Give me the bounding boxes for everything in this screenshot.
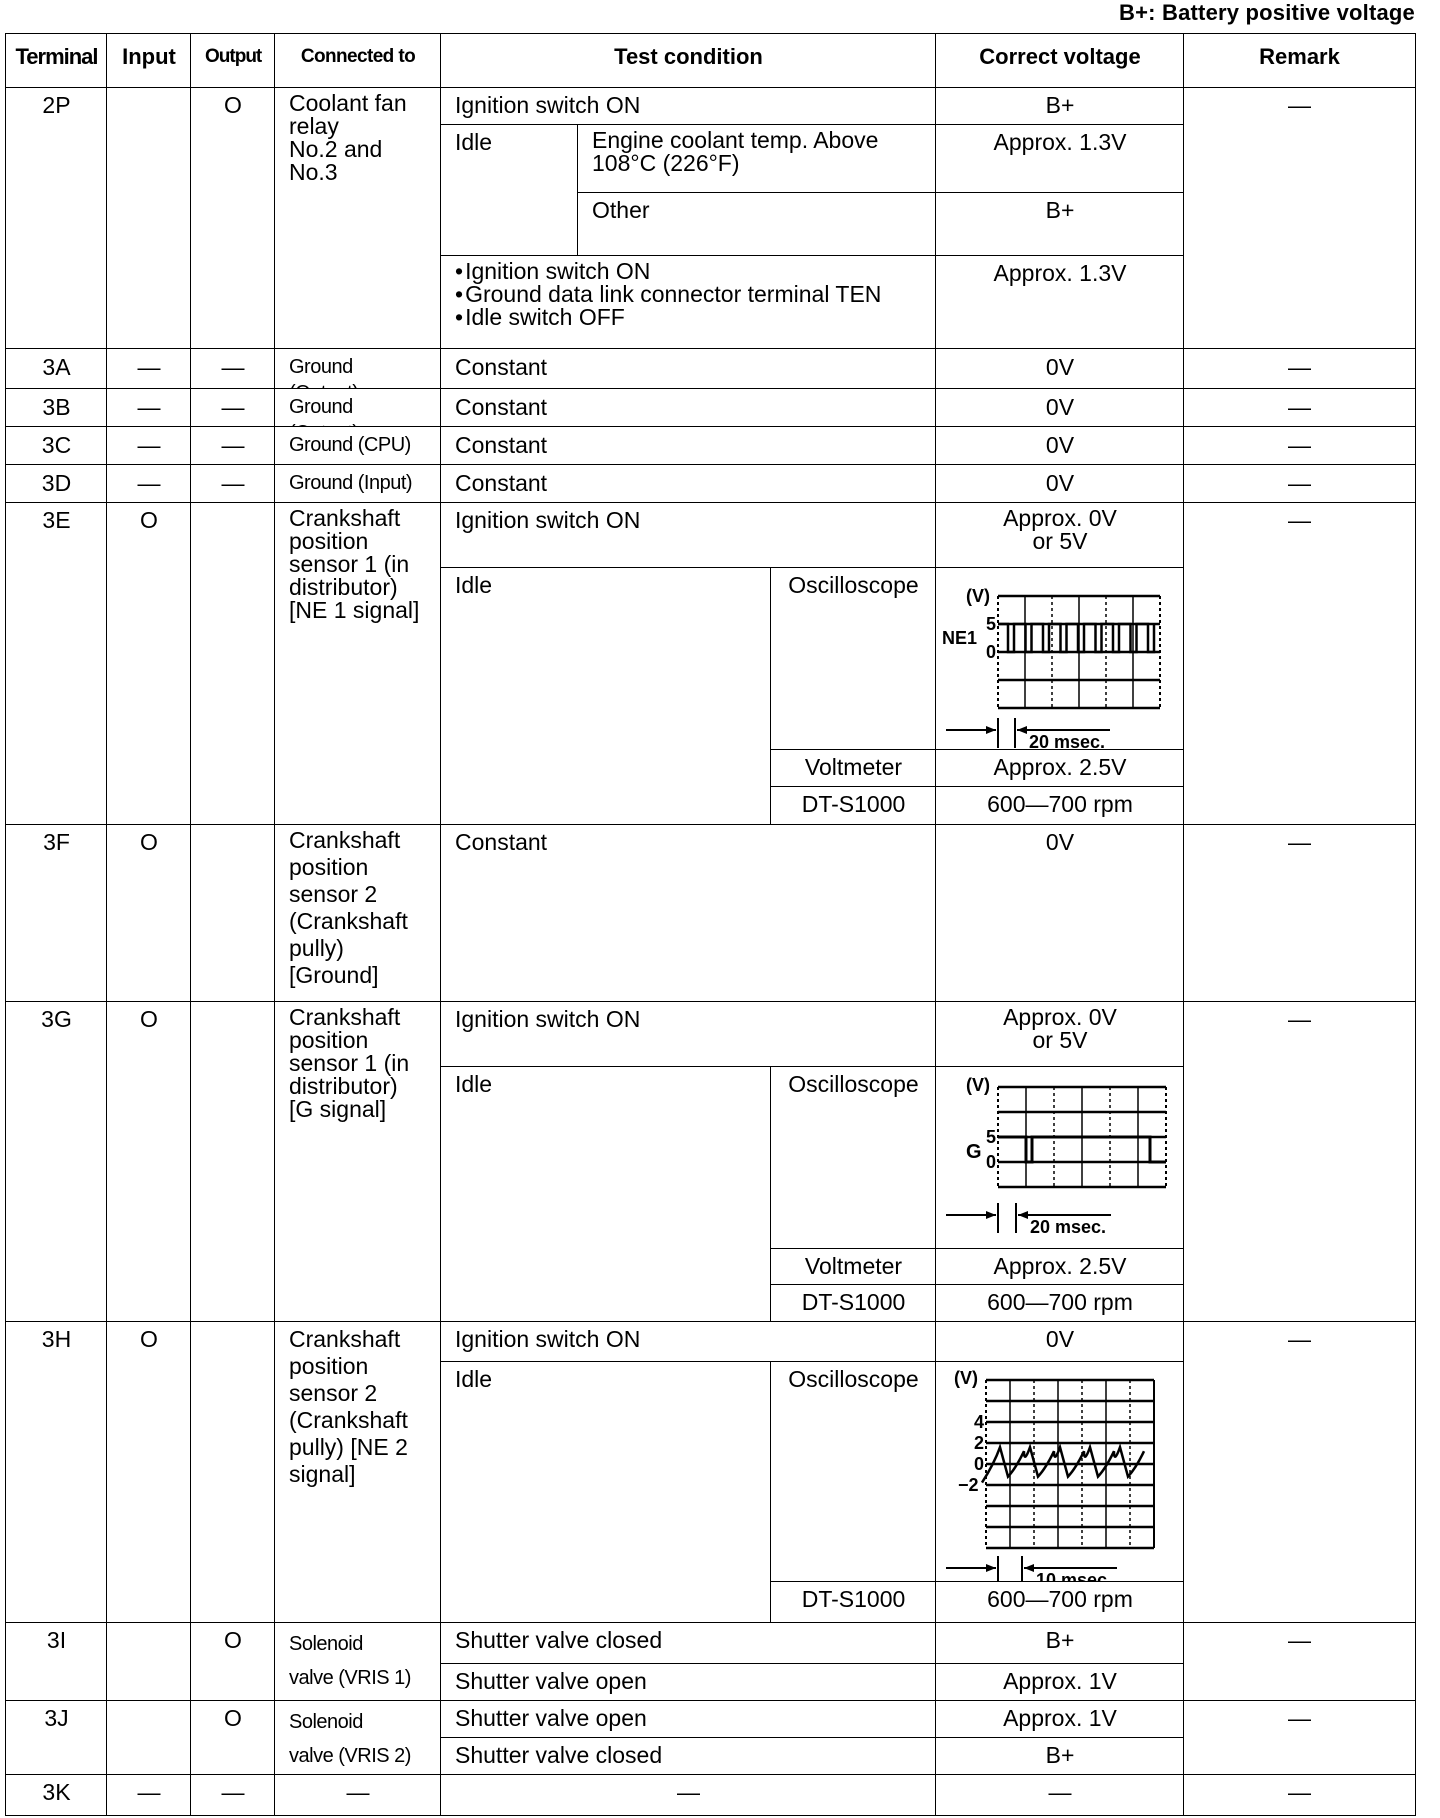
test-3D: Constant bbox=[440, 464, 937, 504]
svg-text:2: 2 bbox=[974, 1433, 984, 1453]
ne2-waveform-oscilloscope-trace: (V)420−210 msec. bbox=[936, 1362, 1183, 1581]
method-3E-oscilloscope: Oscilloscope bbox=[770, 567, 937, 751]
connected-to-3K: — bbox=[274, 1774, 442, 1816]
terminal-2P: 2P bbox=[5, 87, 108, 350]
method-3E-dts1000: DT-S1000 bbox=[770, 786, 937, 826]
voltage-3E-scope-cell: (V)50NE120 msec. bbox=[935, 567, 1185, 751]
connected-to-3J: Solenoid valve (VRIS 2) bbox=[274, 1700, 442, 1776]
terminal-3E: 3E bbox=[5, 502, 108, 826]
connected-to-3H: Crankshaft position sensor 2 (Crankshaft… bbox=[274, 1321, 442, 1624]
voltage-3G-scope-cell: (V)50G20 msec. bbox=[935, 1066, 1185, 1250]
header-remark: Remark bbox=[1183, 33, 1416, 88]
remark-3H: — bbox=[1183, 1321, 1416, 1624]
svg-text:NE1: NE1 bbox=[942, 628, 977, 648]
header-connected-to: Connected to bbox=[274, 33, 442, 88]
terminal-3D: 3D bbox=[5, 464, 108, 504]
voltage-3C: 0V bbox=[935, 426, 1185, 466]
terminal-3F: 3F bbox=[5, 824, 108, 1003]
input-3J bbox=[106, 1700, 192, 1776]
remark-3F: — bbox=[1183, 824, 1416, 1003]
test-3J-open: Shutter valve open bbox=[440, 1700, 937, 1739]
remark-3C: — bbox=[1183, 426, 1416, 466]
svg-text:5: 5 bbox=[986, 1127, 996, 1147]
remark-3B: — bbox=[1183, 388, 1416, 428]
test-3G-ignition: Ignition switch ON bbox=[440, 1001, 937, 1068]
output-2P: O bbox=[190, 87, 276, 350]
connected-to-3E: Crankshaft position sensor 1 (in distrib… bbox=[274, 502, 442, 826]
voltage-3E-dts1000: 600—700 rpm bbox=[935, 786, 1185, 826]
voltage-3G-dts1000: 600—700 rpm bbox=[935, 1284, 1185, 1323]
svg-text:(V): (V) bbox=[966, 1075, 990, 1095]
method-3G-oscilloscope: Oscilloscope bbox=[770, 1066, 937, 1250]
svg-text:0: 0 bbox=[986, 642, 996, 662]
connected-to-3D: Ground (Input) bbox=[274, 464, 442, 504]
header-correct-voltage: Correct voltage bbox=[935, 33, 1185, 88]
remark-3K: — bbox=[1183, 1774, 1416, 1816]
output-3D: — bbox=[190, 464, 276, 504]
test-2P-idle: Idle bbox=[440, 124, 579, 257]
input-2P bbox=[106, 87, 192, 350]
voltage-3A: 0V bbox=[935, 348, 1185, 390]
output-3J: O bbox=[190, 1700, 276, 1776]
test-3B: Constant bbox=[440, 388, 937, 428]
svg-text:0: 0 bbox=[986, 1152, 996, 1172]
voltage-3D: 0V bbox=[935, 464, 1185, 504]
header-output: Output bbox=[190, 33, 276, 88]
terminal-3J: 3J bbox=[5, 1700, 108, 1776]
voltage-3H-ignition: 0V bbox=[935, 1321, 1185, 1363]
voltage-3J-closed: B+ bbox=[935, 1737, 1185, 1776]
test-3C: Constant bbox=[440, 426, 937, 466]
voltage-3E-ignition: Approx. 0V or 5V bbox=[935, 502, 1185, 569]
terminal-3B: 3B bbox=[5, 388, 108, 428]
test-3H-ignition: Ignition switch ON bbox=[440, 1321, 937, 1363]
svg-text:(V): (V) bbox=[954, 1368, 978, 1388]
voltage-3G-voltmeter: Approx. 2.5V bbox=[935, 1248, 1185, 1286]
output-3K: — bbox=[190, 1774, 276, 1816]
header-input: Input bbox=[106, 33, 192, 88]
connected-to-2P: Coolant fan relay No.2 and No.3 bbox=[274, 87, 442, 350]
remark-3J: — bbox=[1183, 1700, 1416, 1776]
voltage-2P-diagnostic: Approx. 1.3V bbox=[935, 255, 1185, 350]
ne1-waveform-oscilloscope-trace: (V)50NE120 msec. bbox=[936, 568, 1183, 749]
method-3E-voltmeter: Voltmeter bbox=[770, 749, 937, 788]
voltage-3J-open: Approx. 1V bbox=[935, 1700, 1185, 1739]
connected-to-3A: Ground (Output) bbox=[274, 348, 442, 390]
voltage-3B: 0V bbox=[935, 388, 1185, 428]
voltage-2P-other: B+ bbox=[935, 192, 1185, 257]
svg-text:−2: −2 bbox=[958, 1475, 979, 1495]
svg-text:0: 0 bbox=[974, 1454, 984, 1474]
test-3E-ignition: Ignition switch ON bbox=[440, 502, 937, 569]
input-3F: O bbox=[106, 824, 192, 1003]
method-3H-oscilloscope: Oscilloscope bbox=[770, 1361, 937, 1583]
voltage-2P-ignition: B+ bbox=[935, 87, 1185, 126]
svg-text:10 msec.: 10 msec. bbox=[1036, 1570, 1112, 1581]
ecu-terminal-voltage-table: Terminal Input Output Connected to Test … bbox=[0, 0, 1440, 1818]
svg-text:5: 5 bbox=[986, 614, 996, 634]
terminal-3H: 3H bbox=[5, 1321, 108, 1624]
test-3K: — bbox=[440, 1774, 937, 1816]
test-3I-open: Shutter valve open bbox=[440, 1663, 937, 1702]
remark-2P: — bbox=[1183, 87, 1416, 350]
input-3A: — bbox=[106, 348, 192, 390]
input-3I bbox=[106, 1622, 192, 1702]
method-3H-dts1000: DT-S1000 bbox=[770, 1581, 937, 1624]
connected-to-3G: Crankshaft position sensor 1 (in distrib… bbox=[274, 1001, 442, 1323]
output-3B: — bbox=[190, 388, 276, 428]
terminal-3A: 3A bbox=[5, 348, 108, 390]
test-3A: Constant bbox=[440, 348, 937, 390]
voltage-3E-voltmeter: Approx. 2.5V bbox=[935, 749, 1185, 788]
test-3J-closed: Shutter valve closed bbox=[440, 1737, 937, 1776]
input-3C: — bbox=[106, 426, 192, 466]
voltage-3G-ignition: Approx. 0V or 5V bbox=[935, 1001, 1185, 1068]
method-3G-voltmeter: Voltmeter bbox=[770, 1248, 937, 1286]
input-3H: O bbox=[106, 1321, 192, 1624]
input-3G: O bbox=[106, 1001, 192, 1323]
connected-to-3F: Crankshaft position sensor 2 (Crankshaft… bbox=[274, 824, 442, 1003]
remark-3A: — bbox=[1183, 348, 1416, 390]
output-3I: O bbox=[190, 1622, 276, 1702]
g-waveform-oscilloscope-trace: (V)50G20 msec. bbox=[936, 1067, 1183, 1248]
bullet-item: Idle switch OFF bbox=[455, 306, 922, 329]
test-3H-idle: Idle bbox=[440, 1361, 772, 1624]
input-3B: — bbox=[106, 388, 192, 428]
input-3D: — bbox=[106, 464, 192, 504]
voltage-3H-scope-cell: (V)420−210 msec. bbox=[935, 1361, 1185, 1583]
connected-to-3I: Solenoid valve (VRIS 1) bbox=[274, 1622, 442, 1702]
method-3G-dts1000: DT-S1000 bbox=[770, 1284, 937, 1323]
input-3K: — bbox=[106, 1774, 192, 1816]
svg-text:20 msec.: 20 msec. bbox=[1029, 732, 1105, 749]
test-3I-closed: Shutter valve closed bbox=[440, 1622, 937, 1665]
output-3G bbox=[190, 1001, 276, 1323]
bullet-item: Ground data link connector terminal TEN bbox=[455, 283, 922, 306]
connected-to-3C: Ground (CPU) bbox=[274, 426, 442, 466]
header-terminal: Terminal bbox=[5, 33, 108, 88]
remark-3E: — bbox=[1183, 502, 1416, 826]
test-2P-diagnostic: Ignition switch ON Ground data link conn… bbox=[440, 255, 937, 350]
svg-text:G: G bbox=[966, 1141, 982, 1163]
svg-text:(V): (V) bbox=[966, 586, 990, 606]
terminal-3K: 3K bbox=[5, 1774, 108, 1816]
voltage-2P-coolant-above: Approx. 1.3V bbox=[935, 124, 1185, 194]
connected-to-3B: Ground (Output) bbox=[274, 388, 442, 428]
output-3C: — bbox=[190, 426, 276, 466]
voltage-3H-dts1000: 600—700 rpm bbox=[935, 1581, 1185, 1624]
output-3E bbox=[190, 502, 276, 826]
test-3G-idle: Idle bbox=[440, 1066, 772, 1323]
bullet-item: Ignition switch ON bbox=[455, 260, 922, 283]
terminal-3C: 3C bbox=[5, 426, 108, 466]
header-test-condition: Test condition bbox=[440, 33, 937, 88]
voltage-3I-closed: B+ bbox=[935, 1622, 1185, 1665]
output-3H bbox=[190, 1321, 276, 1624]
voltage-3I-open: Approx. 1V bbox=[935, 1663, 1185, 1702]
remark-3G: — bbox=[1183, 1001, 1416, 1323]
terminal-3I: 3I bbox=[5, 1622, 108, 1702]
test-3F: Constant bbox=[440, 824, 937, 1003]
output-3F bbox=[190, 824, 276, 1003]
svg-text:4: 4 bbox=[974, 1412, 984, 1432]
svg-text:20 msec.: 20 msec. bbox=[1030, 1217, 1106, 1237]
remark-3D: — bbox=[1183, 464, 1416, 504]
test-3E-idle: Idle bbox=[440, 567, 772, 826]
terminal-3G: 3G bbox=[5, 1001, 108, 1323]
input-3E: O bbox=[106, 502, 192, 826]
voltage-3K: — bbox=[935, 1774, 1185, 1816]
remark-3I: — bbox=[1183, 1622, 1416, 1702]
output-3A: — bbox=[190, 348, 276, 390]
test-2P-other: Other bbox=[577, 192, 937, 257]
test-2P-ignition: Ignition switch ON bbox=[440, 87, 937, 126]
voltage-3F: 0V bbox=[935, 824, 1185, 1003]
test-2P-coolant-above: Engine coolant temp. Above 108°C (226°F) bbox=[577, 124, 937, 194]
